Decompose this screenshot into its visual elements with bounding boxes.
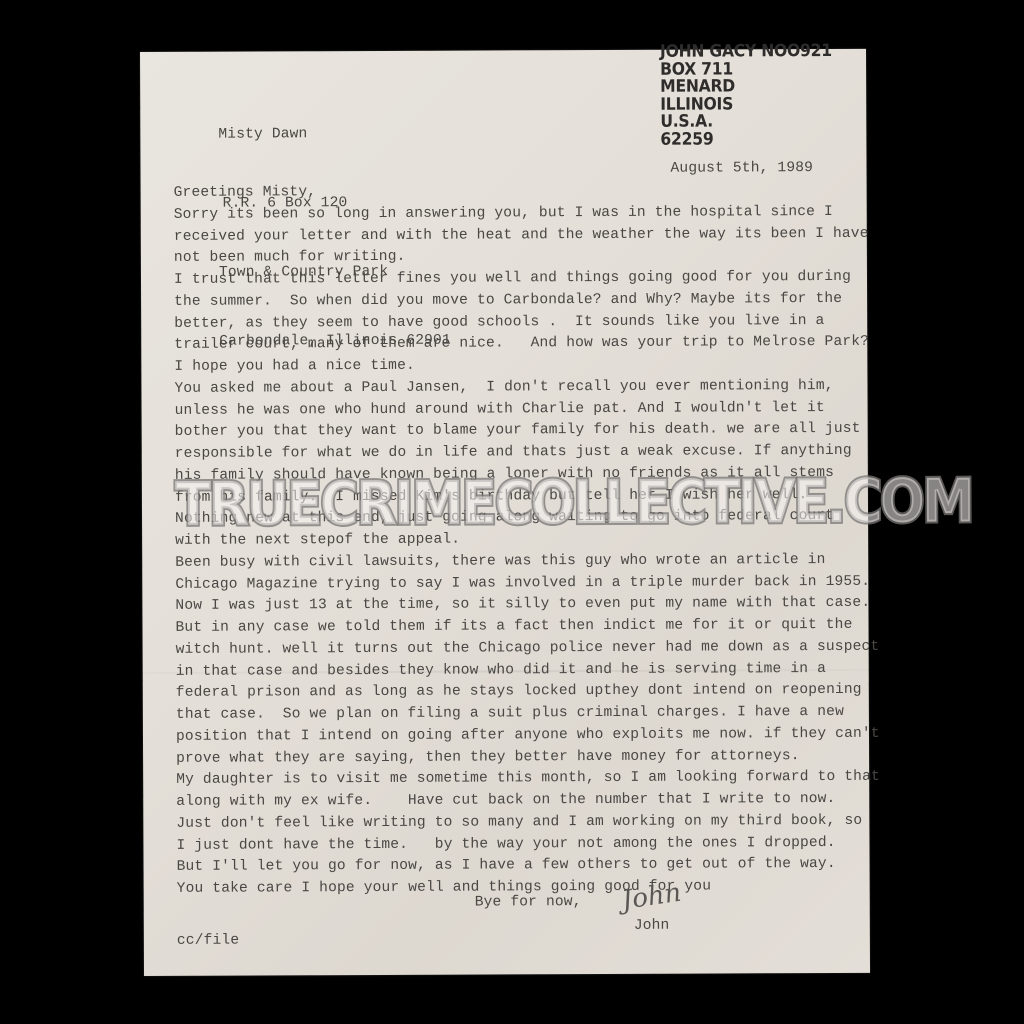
body-line: received your letter and with the heat a…	[174, 223, 878, 248]
body-line: Now I was just 13 at the time, so it sil…	[175, 593, 879, 618]
salutation: Greetings Misty,	[174, 180, 878, 205]
letter-page: Misty Dawn R.R. 6 Box 120 Town & Country…	[140, 49, 870, 976]
letter-body: Greetings Misty,Sorry its been so long i…	[174, 180, 881, 901]
body-line: You asked me about a Paul Jansen, I don'…	[174, 376, 878, 401]
body-line: My daughter is to visit me sometime this…	[176, 767, 880, 792]
typed-signature-name: John	[634, 918, 670, 934]
body-line: I trust that this letter fines you well …	[174, 267, 878, 292]
body-line: along with my ex wife. Have cut back on …	[176, 789, 880, 814]
body-line: witch hunt. well it turns out the Chicag…	[176, 637, 880, 662]
body-line: from his family. I missed Kim's birthday…	[175, 484, 879, 509]
body-line: his family should have known being a lon…	[175, 463, 879, 488]
valediction: Bye for now,	[475, 894, 582, 910]
body-line: the summer. So when did you move to Carb…	[174, 289, 878, 314]
body-line: not been much for writing.	[174, 245, 878, 270]
body-line: Been busy with civil lawsuits, there was…	[175, 550, 879, 575]
body-line: trailer court, many of them are nice. An…	[174, 332, 878, 357]
body-line: with the next stepof the appeal.	[175, 528, 879, 553]
body-line: better, as they seem to have good school…	[174, 310, 878, 335]
photo-background: Misty Dawn R.R. 6 Box 120 Town & Country…	[0, 0, 1024, 1024]
body-line: Nothing new at this end, just going alon…	[175, 506, 879, 531]
body-line: federal prison and as long as he stays l…	[176, 680, 880, 705]
body-line: unless he was one who hund around with C…	[175, 397, 879, 422]
stamp-line: U.S.A.	[660, 113, 832, 131]
cc-file-note: cc/file	[177, 933, 239, 949]
stamp-line: MENARD	[660, 78, 832, 96]
body-line: position that I intend on going after an…	[176, 724, 880, 749]
body-line: responsible for what we do in life and t…	[175, 441, 879, 466]
body-line: bother you that they want to blame your …	[175, 419, 879, 444]
body-line: Just don't feel like writing to so many …	[176, 811, 880, 836]
body-line: Sorry its been so long in answering you,…	[174, 202, 878, 227]
body-line: in that case and besides they know who d…	[176, 658, 880, 683]
recipient-name: Misty Dawn	[218, 123, 450, 147]
body-line: I hope you had a nice time.	[174, 354, 878, 379]
body-line: But in any case we told them if its a fa…	[175, 615, 879, 640]
body-line: Chicago Magazine trying to say I was inv…	[175, 571, 879, 596]
stamp-line: 62259	[660, 130, 832, 148]
stamp-line: JOHN GACY NOO921	[660, 43, 832, 61]
body-line: I just dont have the time. by the way yo…	[176, 832, 880, 857]
body-line: that case. So we plan on filing a suit p…	[176, 702, 880, 727]
body-line: prove what they are saying, then they be…	[176, 745, 880, 770]
sender-return-stamp: JOHN GACY NOO921 BOX 711 MENARD ILLINOIS…	[660, 43, 832, 149]
body-line: But I'll let you go for now, as I have a…	[177, 854, 881, 879]
letter-date: August 5th, 1989	[670, 160, 813, 177]
